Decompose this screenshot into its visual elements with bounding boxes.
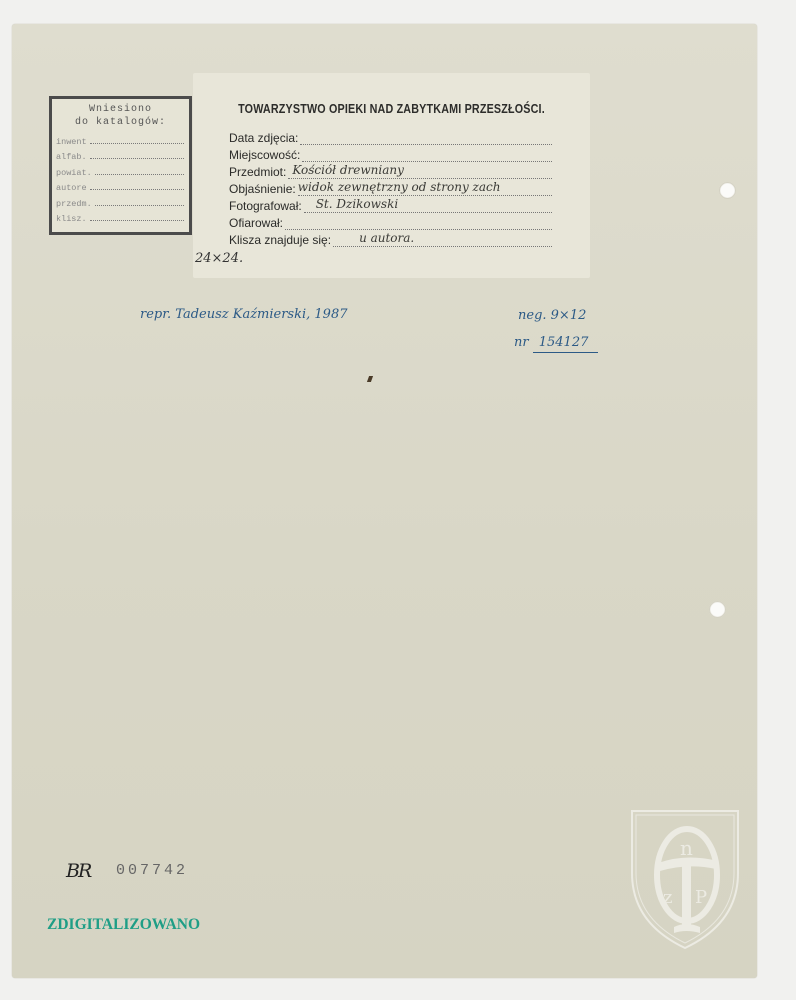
stamp-heading-2: do katalogów: [52,116,189,129]
field-plate-location: Klisza znajduje się: u autora. [229,229,552,247]
document-sheet: Wniesiono do katalogów: inwent alfab. po… [12,24,757,978]
stamp-row-klisz: klisz. [52,209,189,225]
stamp-row-przedm: przedm. [52,193,189,209]
stamp-row-inwent: inwent [52,131,189,147]
dimensions-note: 24×24. [195,251,243,266]
stamp-row-alfab: alfab. [52,147,189,163]
inventory-number: 007742 [116,862,188,879]
negative-number: 154127 [533,335,599,353]
negative-number-row: nr 154127 [514,335,598,353]
stamp-row-powiat: powiat. [52,162,189,178]
label-card: TOWARZYSTWO OPIEKI NAD ZABYTKAMI PRZESZŁ… [193,73,590,278]
catalog-stamp: Wniesiono do katalogów: inwent alfab. po… [49,96,192,235]
ink-speck [367,376,373,382]
initials: BR [66,860,90,882]
svg-text:n: n [680,836,693,860]
watermark-logo-icon: n z P [626,803,744,951]
negative-number-prefix: nr [514,335,529,350]
punch-hole-top [719,182,736,199]
society-title: TOWARZYSTWO OPIEKI NAD ZABYTKAMI PRZESZŁ… [221,102,562,116]
svg-text:P: P [695,887,707,908]
negative-size: neg. 9×12 [518,308,586,323]
punch-hole-bottom [709,601,726,618]
digitized-stamp: ZDIGITALIZOWANO [47,916,200,934]
svg-text:z: z [663,887,672,908]
stamp-heading-1: Wniesiono [52,103,189,116]
stamp-row-autore: autore [52,178,189,194]
reproduction-note: repr. Tadeusz Kaźmierski, 1987 [140,307,348,322]
